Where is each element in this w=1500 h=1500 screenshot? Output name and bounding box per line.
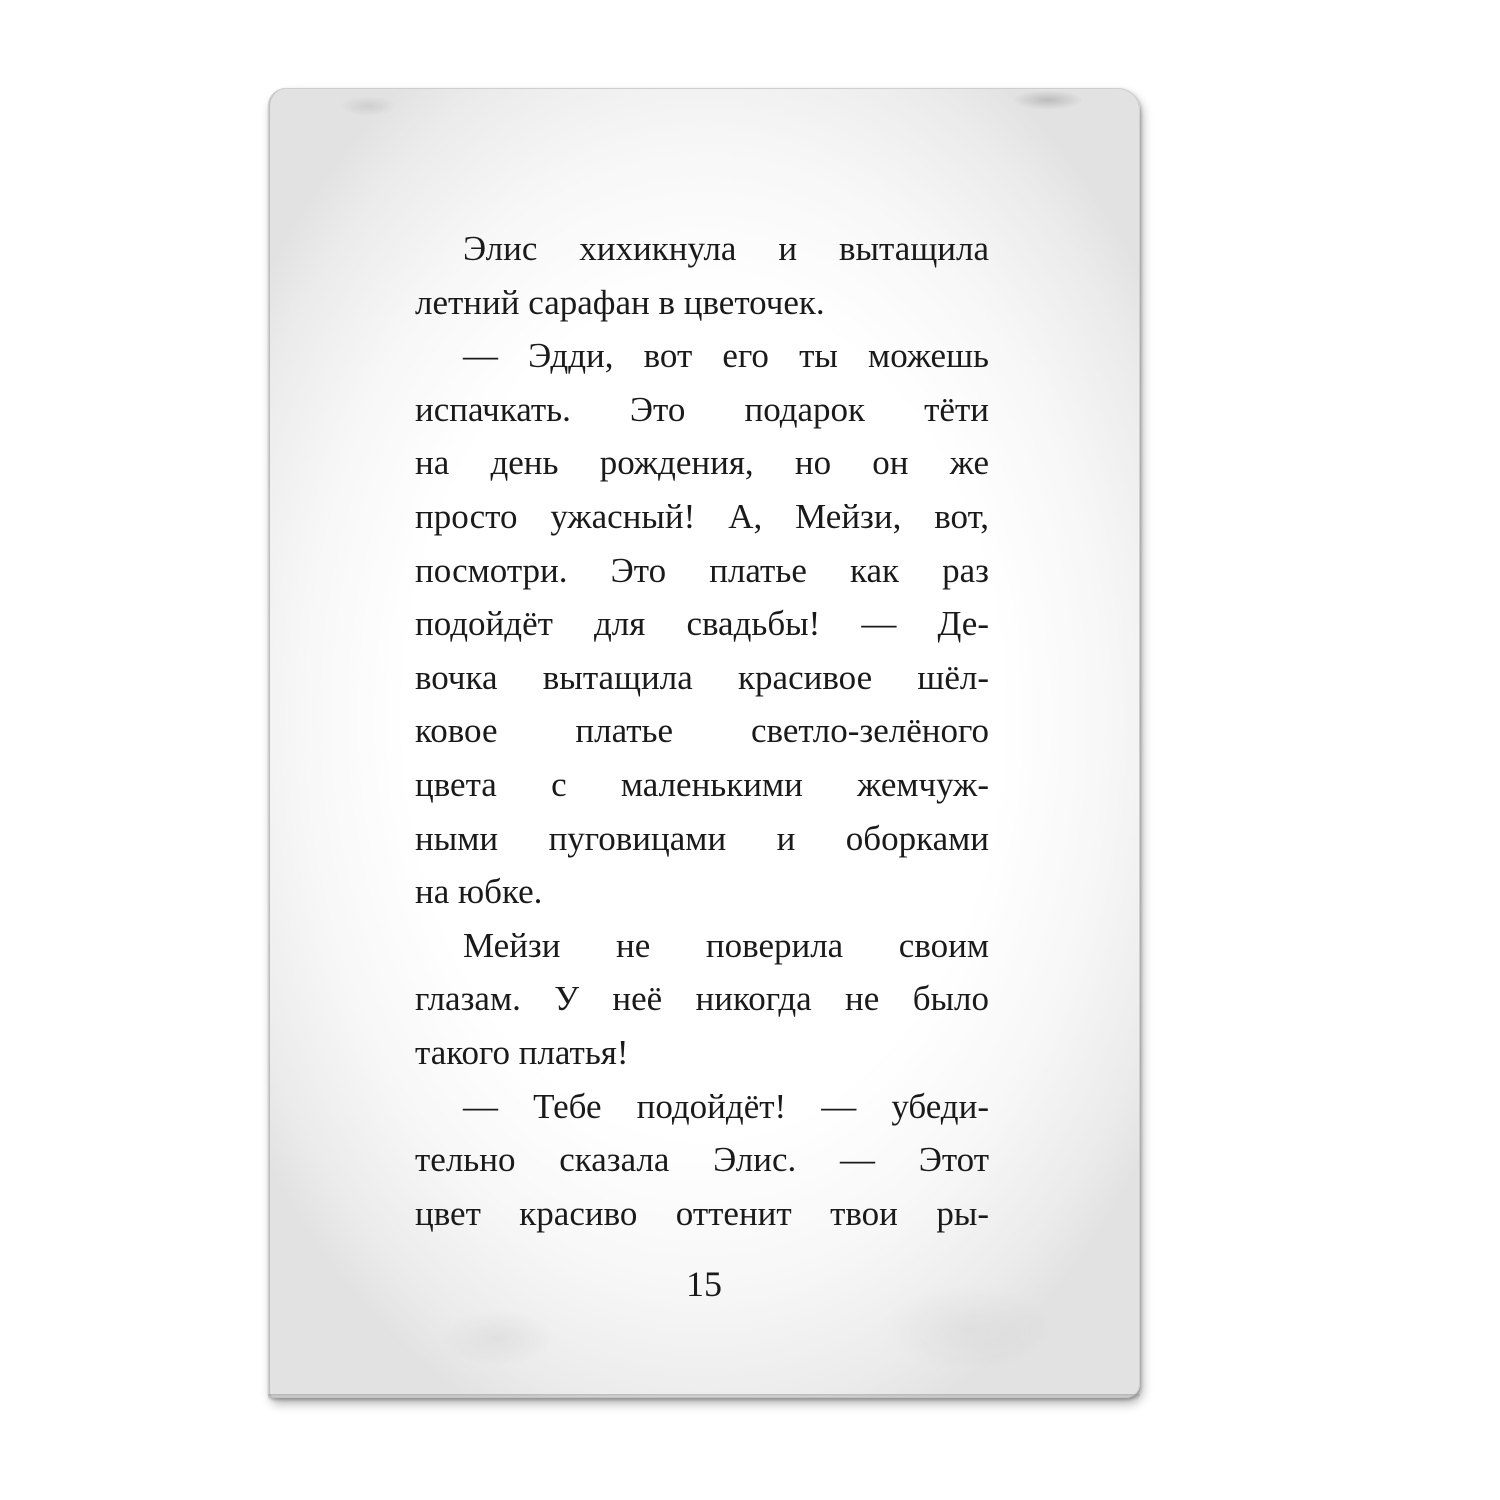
page-body-text: Элис хихикнула и вытащилалетний сарафан … [415, 222, 989, 1240]
text-line: посмотри. Это платье как раз [415, 544, 989, 598]
text-line: ными пуговицами и оборками [415, 812, 989, 866]
text-line: — Эдди, вот его ты можешь [415, 329, 989, 383]
text-line: на юбке. [415, 865, 989, 919]
text-line: подойдёт для свадьбы! — Де- [415, 597, 989, 651]
text-line: цвет красиво оттенит твои ры- [415, 1187, 989, 1241]
page-canvas: Элис хихикнула и вытащилалетний сарафан … [0, 0, 1500, 1500]
text-line: просто ужасный! А, Мейзи, вот, [415, 490, 989, 544]
text-line: ковое платье светло-зелёного [415, 704, 989, 758]
text-line: такого платья! [415, 1026, 989, 1080]
text-line: летний сарафан в цветочек. [415, 276, 989, 330]
text-line: Элис хихикнула и вытащила [415, 222, 989, 276]
text-line: на день рождения, но он же [415, 436, 989, 490]
text-line: вочка вытащила красивое шёл- [415, 651, 989, 705]
text-line: цвета с маленькими жемчуж- [415, 758, 989, 812]
text-line: — Тебе подойдёт! — убеди- [415, 1080, 989, 1134]
text-line: глазам. У неё никогда не было [415, 972, 989, 1026]
text-line: испачкать. Это подарок тёти [415, 383, 989, 437]
text-line: тельно сказала Элис. — Этот [415, 1133, 989, 1187]
text-line: Мейзи не поверила своим [415, 919, 989, 973]
page-number: 15 [0, 1263, 1408, 1305]
